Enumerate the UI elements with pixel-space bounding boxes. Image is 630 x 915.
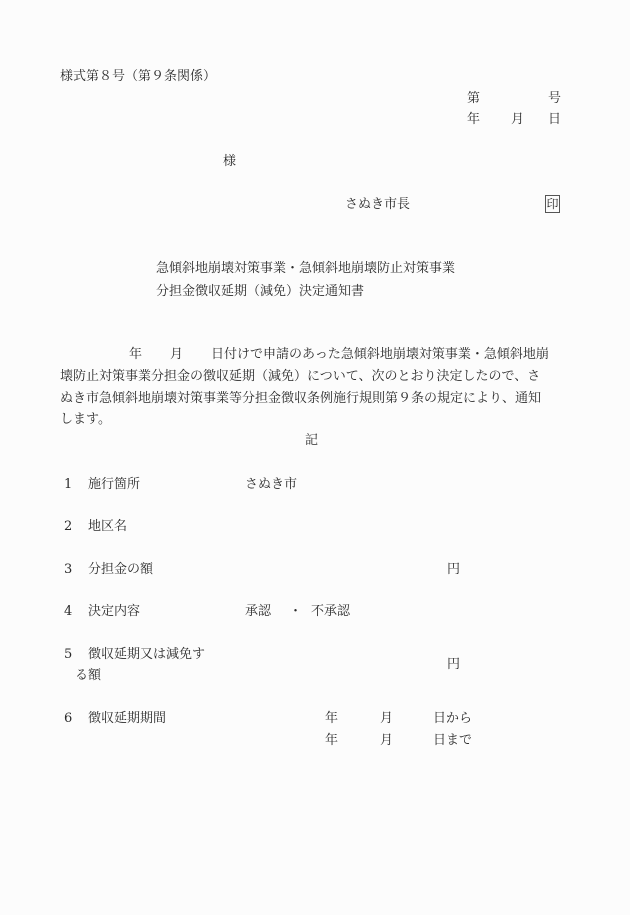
doc-number-suffix: 号	[548, 91, 561, 107]
item-2-number: 2	[64, 519, 72, 535]
addressee-suffix: 様	[223, 154, 236, 170]
form-number: 様式第８号（第９条関係）	[60, 69, 216, 85]
item-5-label-line-1: 徴収延期又は減免す	[88, 647, 205, 663]
body-line-1: 日付けで申請のあった急傾斜地崩壊対策事業・急傾斜地崩	[211, 347, 549, 363]
item-4-option-reject: 不承認	[311, 604, 350, 620]
item-6-from-day: 日から	[433, 711, 472, 727]
item-4-number: 4	[64, 604, 72, 620]
item-4-option-approve: 承認	[245, 604, 271, 620]
item-6-from-year: 年	[325, 711, 338, 727]
title-line-1: 急傾斜地崩壊対策事業・急傾斜地崩壊防止対策事業	[156, 261, 455, 277]
item-4-label: 決定内容	[88, 604, 140, 620]
item-5-unit: 円	[447, 657, 460, 673]
item-3-unit: 円	[447, 562, 460, 578]
seal-mark: 印	[545, 195, 560, 213]
body-line-4: します。	[60, 412, 111, 428]
item-5-number: 5	[64, 647, 72, 663]
item-6-from-month: 月	[380, 711, 393, 727]
item-1-number: 1	[64, 477, 72, 493]
item-1-label: 施行箇所	[88, 477, 140, 493]
item-6-number: 6	[64, 711, 72, 727]
item-3-number: 3	[64, 562, 72, 578]
body-line-2: 壊防止対策事業分担金の徴収延期（減免）について、次のとおり決定したので、さ	[60, 369, 540, 385]
body-year-label: 年	[129, 347, 142, 363]
item-6-to-day: 日まで	[433, 733, 472, 749]
ki-heading: 記	[305, 433, 318, 449]
issue-month-label: 月	[511, 112, 524, 128]
body-line-3: ぬき市急傾斜地崩壊対策事業等分担金徴収条例施行規則第９条の規定により、通知	[60, 391, 541, 407]
doc-number-prefix: 第	[467, 91, 480, 107]
item-1-value: さぬき市	[245, 477, 297, 493]
item-6-to-year: 年	[325, 733, 338, 749]
title-line-2: 分担金徴収延期（減免）決定通知書	[156, 284, 364, 300]
item-5-label-line-2: る額	[75, 668, 101, 684]
issue-year-label: 年	[467, 112, 480, 128]
item-6-label: 徴収延期期間	[88, 711, 166, 727]
item-3-label: 分担金の額	[88, 562, 153, 578]
issue-day-label: 日	[548, 112, 561, 128]
issuer-name: さぬき市長	[345, 197, 410, 213]
item-2-label: 地区名	[88, 519, 127, 535]
item-4-separator: ・	[289, 604, 302, 620]
item-6-to-month: 月	[380, 733, 393, 749]
body-month-label: 月	[170, 347, 183, 363]
